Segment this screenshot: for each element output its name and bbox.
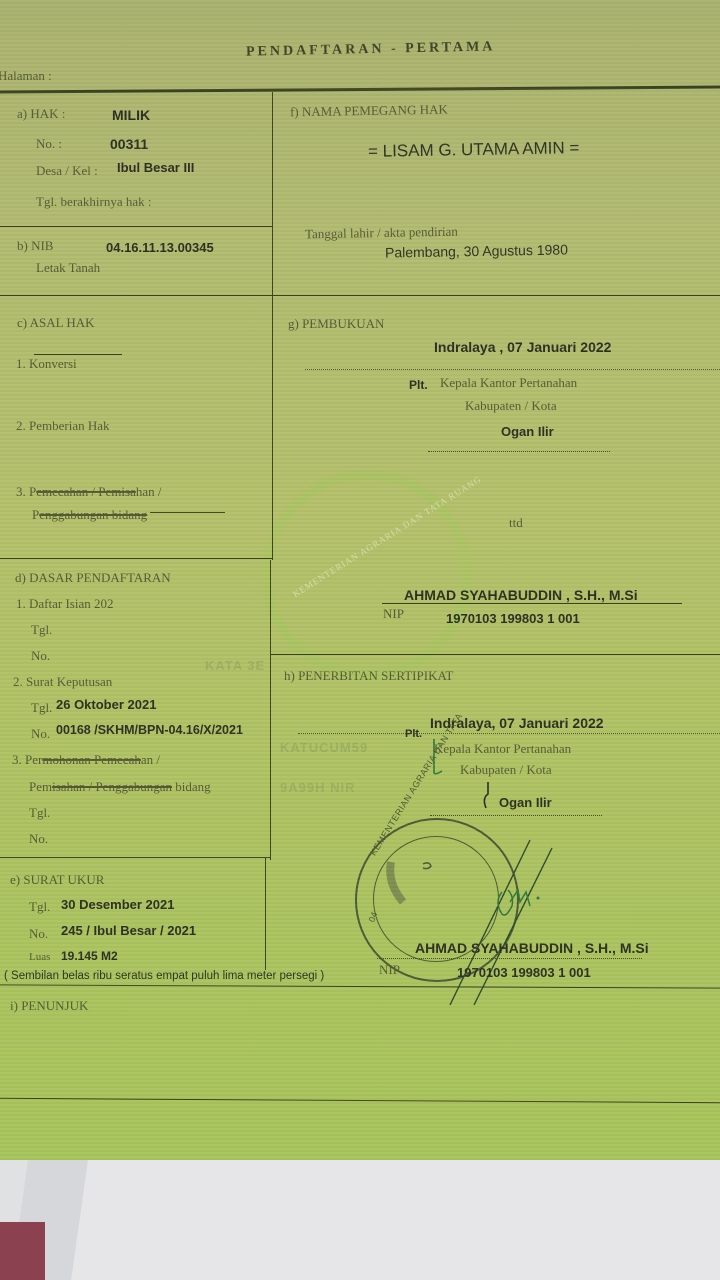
su-tgl-label: Tgl. xyxy=(29,899,50,915)
nib-label: b) NIB xyxy=(17,238,53,254)
luas-value: 19.145 M2 xyxy=(61,949,118,963)
penunjuk-heading: i) PENUNJUK xyxy=(10,998,88,1014)
asal-hak-penggabungan: Penggabungan bidang xyxy=(32,507,147,523)
office-line-3: Ogan Ilir xyxy=(501,424,554,439)
luas-in-words: ( Sembilan belas ribu seratus empat pulu… xyxy=(4,970,324,982)
konversi-overline xyxy=(34,354,122,355)
signature-underline xyxy=(382,603,682,604)
row-divider xyxy=(0,857,270,858)
penerbitan-official-name: AHMAD SYAHABUDDIN , S.H., M.Si xyxy=(415,940,649,956)
office-line-3: Ogan Ilir xyxy=(499,795,552,810)
bleed-through-text: KATA 3E xyxy=(205,658,265,673)
row-divider xyxy=(0,226,272,227)
office-line-2: Kabupaten / Kota xyxy=(460,762,552,778)
background-sheet xyxy=(60,1160,720,1280)
nip-label: NIP xyxy=(379,962,400,978)
letak-tanah-label: Letak Tanah xyxy=(36,260,100,276)
penerbitan-heading: h) PENERBITAN SERTIPIKAT xyxy=(284,668,453,684)
surat-ukur-heading: e) SURAT UKUR xyxy=(10,872,104,888)
nip-value: 1970103 199803 1 001 xyxy=(457,965,591,980)
land-certificate-page: KEMENTERIAN AGRARIA DAN TATA RUANG KATA … xyxy=(0,0,720,1160)
holder-name: = LISAM G. UTAMA AMIN = xyxy=(368,138,580,162)
pemecahan-tgl: Tgl. xyxy=(29,805,50,821)
luas-label: Luas xyxy=(29,951,50,963)
su-no-value: 245 / Ibul Besar / 2021 xyxy=(61,923,196,938)
pembukuan-place-date: Indralaya , 07 Januari 2022 xyxy=(434,339,611,355)
column-divider xyxy=(270,560,271,860)
asal-hak-konversi: 1. Konversi xyxy=(16,356,77,372)
row-divider xyxy=(270,654,720,655)
pembukuan-official-name: AHMAD SYAHABUDDIN , S.H., M.Si xyxy=(404,587,638,603)
nama-pemegang-heading: f) NAMA PEMEGANG HAK xyxy=(290,102,448,121)
dotted-line xyxy=(377,958,642,959)
sk-tgl-label: Tgl. xyxy=(31,700,52,716)
ttd-label: ttd xyxy=(509,515,523,531)
office-line-2: Kabupaten / Kota xyxy=(465,398,557,414)
signature xyxy=(440,830,580,1010)
hak-value: MILIK xyxy=(112,107,150,123)
bleed-through-text: 9A99H NIR xyxy=(280,780,355,795)
no-label: No. : xyxy=(36,136,62,152)
top-border xyxy=(0,85,720,93)
dotted-line xyxy=(428,451,610,452)
dotted-line xyxy=(430,815,602,816)
no-value: 00311 xyxy=(110,136,148,152)
nip-label: NIP xyxy=(383,606,404,622)
row-divider xyxy=(0,558,272,559)
desa-label: Desa / Kel : xyxy=(36,163,98,179)
dasar-pendaftaran-heading: d) DASAR PENDAFTARAN xyxy=(15,570,171,586)
daftar-isian-tgl: Tgl. xyxy=(31,622,52,638)
row-divider xyxy=(0,984,720,988)
plt-label: Plt. xyxy=(409,378,428,392)
asal-hak-pemecahan: 3. Pemecahan / Pemisahan / xyxy=(16,484,162,500)
column-divider xyxy=(265,858,266,970)
red-folder-corner xyxy=(0,1222,45,1280)
bleed-through-text: KATUCUM59 xyxy=(280,740,368,755)
strike-line xyxy=(150,512,225,513)
su-no-label: No. xyxy=(29,926,48,942)
initial-mark xyxy=(478,780,498,820)
pemisahan-penggabungan: Pemisahan / Penggabungan bidang xyxy=(29,779,211,795)
daftar-isian: 1. Daftar Isian 202 xyxy=(16,596,113,612)
desa-value: Ibul Besar III xyxy=(117,160,194,175)
pembukuan-heading: g) PEMBUKUAN xyxy=(288,316,384,332)
sk-no-value: 00168 /SKHM/BPN-04.16/X/2021 xyxy=(56,723,243,737)
sk-no-label: No. xyxy=(31,726,50,742)
garuda-emblem-icon xyxy=(385,858,445,908)
tgl-berakhir-label: Tgl. berakhirnya hak : xyxy=(36,194,152,210)
document-title: PENDAFTARAN - PERTAMA xyxy=(246,39,496,60)
daftar-isian-no: No. xyxy=(31,648,50,664)
tgl-lahir-value: Palembang, 30 Agustus 1980 xyxy=(385,241,568,260)
surat-keputusan: 2. Surat Keputusan xyxy=(13,674,112,690)
halaman-label: Halaman : xyxy=(0,68,52,84)
office-line-1: Kepala Kantor Pertanahan xyxy=(434,741,571,757)
office-line-1: Kepala Kantor Pertanahan xyxy=(440,375,577,391)
hak-label: a) HAK : xyxy=(17,106,65,122)
permohonan-pemecahan: 3. Permohonan Pemecahan / xyxy=(12,752,160,768)
sk-tgl-value: 26 Oktober 2021 xyxy=(56,697,156,712)
asal-hak-pemberian: 2. Pemberian Hak xyxy=(16,418,110,434)
nib-value: 04.16.11.13.00345 xyxy=(106,240,214,255)
nip-value: 1970103 199803 1 001 xyxy=(446,611,580,626)
dotted-line xyxy=(298,733,720,734)
bottom-border xyxy=(0,1098,720,1103)
plt-label: Plt. xyxy=(405,728,422,740)
su-tgl-value: 30 Desember 2021 xyxy=(61,897,174,912)
tgl-lahir-label: Tanggal lahir / akta pendirian xyxy=(305,224,458,243)
asal-hak-heading: c) ASAL HAK xyxy=(17,315,95,331)
row-divider xyxy=(0,295,720,296)
dotted-line xyxy=(305,369,720,370)
column-divider xyxy=(272,92,273,560)
pemecahan-no: No. xyxy=(29,831,48,847)
